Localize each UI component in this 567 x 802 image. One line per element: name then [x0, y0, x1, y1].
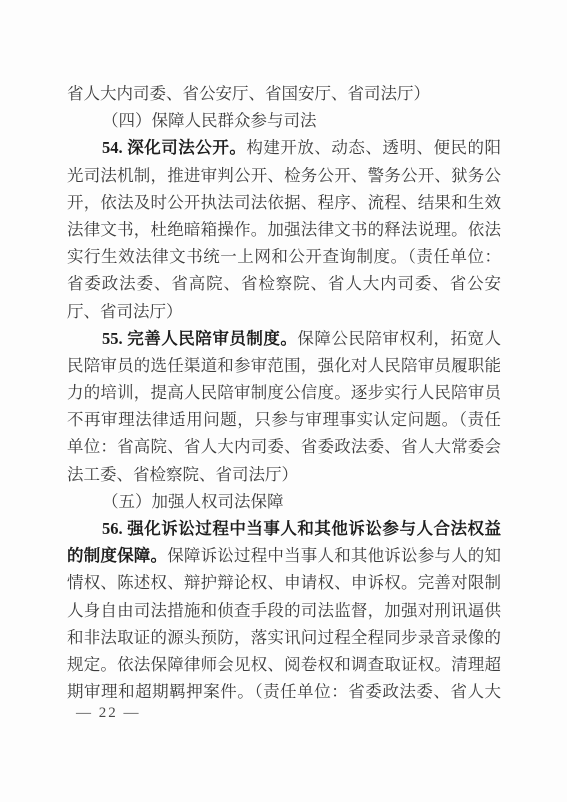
text-line: 省人大内司委、省公安厅、省国安厅、省司法厅） [67, 80, 501, 107]
text-segment: 保障诉讼过程中当事人和其他诉讼参与人的知 [167, 546, 501, 565]
text-line: （五）加强人权司法保障 [67, 488, 501, 515]
text-segment: 不再审理法律适用问题，只参与审理事实认定问题。（责任 [67, 410, 501, 429]
text-segment: 法工委、省检察院、省司法厅） [67, 465, 298, 484]
text-segment: （五）加强人权司法保障 [102, 492, 284, 511]
text-line: （四）保障人民群众参与司法 [67, 107, 501, 134]
text-segment: 人身自由司法措施和侦查手段的司法监督，加强对刑讯逼供 [67, 601, 501, 620]
text-line: 情权、陈述权、辩护辩论权、申请权、申诉权。完善对限制 [67, 569, 501, 596]
text-line: 人身自由司法措施和侦查手段的司法监督，加强对刑讯逼供 [67, 597, 501, 624]
bold-text-segment: 54. 深化司法公开。 [102, 138, 246, 157]
text-line: 开，依法及时公开执法司法依据、程序、流程、结果和生效 [67, 189, 501, 216]
text-segment: 光司法机制，推进审判公开、检务公开、警务公开、狱务公 [67, 166, 501, 185]
text-segment: 法律文书，杜绝暗箱操作。加强法律文书的释法说理。依法 [67, 220, 501, 239]
text-segment: 情权、陈述权、辩护辩论权、申请权、申诉权。完善对限制 [67, 573, 501, 592]
text-segment: 构建开放、动态、透明、便民的阳 [246, 138, 501, 157]
text-line: 期审理和超期羁押案件。（责任单位：省委政法委、省人大 [67, 678, 501, 705]
page-number: — 22 — [76, 703, 141, 723]
text-line: 力的培训，提高人民陪审制度公信度。逐步实行人民陪审员 [67, 379, 501, 406]
text-segment: 厅、省司法厅） [67, 302, 183, 321]
text-segment: 省委政法委、省高院、省检察院、省人大内司委、省公安 [67, 274, 501, 293]
text-segment: 期审理和超期羁押案件。（责任单位：省委政法委、省人大 [67, 682, 501, 701]
text-line: 单位：省高院、省人大内司委、省委政法委、省人大常委会 [67, 433, 501, 460]
bold-text-segment: 55. 完善人民陪审员制度。 [102, 329, 297, 348]
text-line: 和非法取证的源头预防，落实讯问过程全程同步录音录像的 [67, 624, 501, 651]
text-line: 实行生效法律文书统一上网和公开查询制度。（责任单位： [67, 243, 501, 270]
text-segment: 规定。依法保障律师会见权、阅卷权和调查取证权。清理超 [67, 655, 501, 674]
text-line: 省委政法委、省高院、省检察院、省人大内司委、省公安 [67, 270, 501, 297]
text-segment: （四）保障人民群众参与司法 [102, 111, 317, 130]
text-line: 规定。依法保障律师会见权、阅卷权和调查取证权。清理超 [67, 651, 501, 678]
text-block: 省人大内司委、省公安厅、省国安厅、省司法厅）（四）保障人民群众参与司法54. 深… [67, 80, 501, 705]
text-line: 厅、省司法厅） [67, 298, 501, 325]
text-line: 民陪审员的选任渠道和参审范围，强化对人民陪审员履职能 [67, 352, 501, 379]
bold-text-segment: 56. 强化诉讼过程中当事人和其他诉讼参与人合法权益 [102, 519, 501, 538]
text-line: 55. 完善人民陪审员制度。保障公民陪审权利，拓宽人 [67, 325, 501, 352]
text-line: 54. 深化司法公开。构建开放、动态、透明、便民的阳 [67, 134, 501, 161]
text-line: 光司法机制，推进审判公开、检务公开、警务公开、狱务公 [67, 162, 501, 189]
text-segment: 民陪审员的选任渠道和参审范围，强化对人民陪审员履职能 [67, 356, 501, 375]
bold-text-segment: 的制度保障。 [67, 546, 167, 565]
text-segment: 力的培训，提高人民陪审制度公信度。逐步实行人民陪审员 [67, 383, 501, 402]
text-segment: 省人大内司委、省公安厅、省国安厅、省司法厅） [67, 84, 430, 103]
text-line: 56. 强化诉讼过程中当事人和其他诉讼参与人合法权益 [67, 515, 501, 542]
text-line: 法律文书，杜绝暗箱操作。加强法律文书的释法说理。依法 [67, 216, 501, 243]
text-segment: 保障公民陪审权利，拓宽人 [297, 329, 501, 348]
text-segment: 实行生效法律文书统一上网和公开查询制度。（责任单位： [67, 247, 501, 266]
text-line: 法工委、省检察院、省司法厅） [67, 461, 501, 488]
text-segment: 单位：省高院、省人大内司委、省委政法委、省人大常委会 [67, 437, 501, 456]
text-line: 不再审理法律适用问题，只参与审理事实认定问题。（责任 [67, 406, 501, 433]
text-segment: 和非法取证的源头预防，落实讯问过程全程同步录音录像的 [67, 628, 501, 647]
document-page: 省人大内司委、省公安厅、省国安厅、省司法厅）（四）保障人民群众参与司法54. 深… [0, 0, 567, 802]
text-line: 的制度保障。保障诉讼过程中当事人和其他诉讼参与人的知 [67, 542, 501, 569]
text-segment: 开，依法及时公开执法司法依据、程序、流程、结果和生效 [67, 193, 501, 212]
